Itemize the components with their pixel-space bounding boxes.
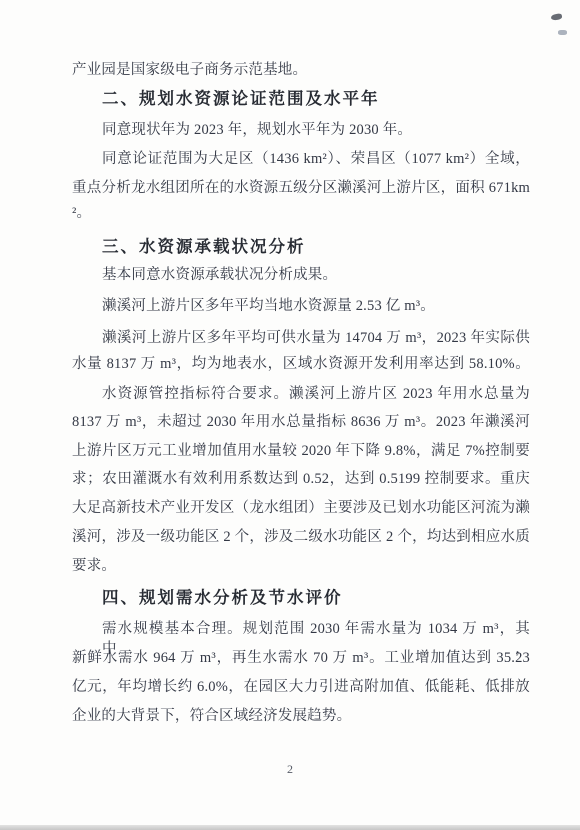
- doc-line: 要求。: [72, 556, 530, 576]
- doc-line: 基本同意水资源承载状况分析成果。: [72, 265, 530, 285]
- section-heading-4: 四、规划需水分析及节水评价: [72, 588, 530, 608]
- scanned-document-page: 产业园是国家级电子商务示范基地。 二、规划水资源论证范围及水平年 同意现状年为 …: [0, 0, 580, 830]
- doc-line: 8137 万 m³，未超过 2030 年用水总量指标 8636 万 m³。202…: [72, 412, 530, 432]
- doc-line: 重点分析龙水组团所在的水资源五级分区濑溪河上游片区，面积 671km: [72, 178, 530, 198]
- doc-line: 濑溪河上游片区多年平均当地水资源量 2.53 亿 m³。: [72, 296, 530, 316]
- doc-line: 溪河，涉及一级功能区 2 个，涉及二级水功能区 2 个，均达到相应水质: [72, 527, 530, 547]
- page-number: 2: [0, 762, 580, 777]
- doc-line: ²。: [72, 203, 530, 223]
- doc-line: 求；农田灌溉水有效利用系数达到 0.52，达到 0.5199 控制要求。重庆: [72, 469, 530, 489]
- page-bottom-edge: [0, 825, 580, 830]
- doc-line: 企业的大背景下，符合区域经济发展趋势。: [72, 706, 530, 726]
- doc-line: 水资源管控指标符合要求。濑溪河上游片区 2023 年用水总量为: [72, 384, 530, 404]
- doc-line: 同意现状年为 2023 年，规划水平年为 2030 年。: [72, 120, 530, 140]
- doc-line: 产业园是国家级电子商务示范基地。: [72, 60, 530, 80]
- doc-line: 水量 8137 万 m³，均为地表水，区域水资源开发利用率达到 58.10%。: [72, 354, 530, 374]
- doc-line: 亿元，年均增长约 6.0%，在园区大力引进高附加值、低能耗、低排放: [72, 677, 530, 697]
- doc-line: 上游片区万元工业增加值用水量较 2020 年下降 9.8%，满足 7%控制要: [72, 441, 530, 461]
- doc-line: 濑溪河上游片区多年平均可供水量为 14704 万 m³，2023 年实际供: [72, 328, 530, 348]
- doc-line: 大足高新技术产业开发区（龙水组团）主要涉及已划水功能区河流为濑: [72, 498, 530, 518]
- scan-smudge: [551, 13, 563, 21]
- scan-smudge: [558, 30, 567, 35]
- section-heading-2: 二、规划水资源论证范围及水平年: [72, 89, 530, 109]
- section-heading-3: 三、水资源承载状况分析: [72, 237, 530, 257]
- doc-line: 新鲜水需水 964 万 m³，再生水需水 70 万 m³。工业增加值达到 35.…: [72, 648, 530, 668]
- doc-line: 同意论证范围为大足区（1436 km²）、荣昌区（1077 km²）全域，: [72, 149, 530, 169]
